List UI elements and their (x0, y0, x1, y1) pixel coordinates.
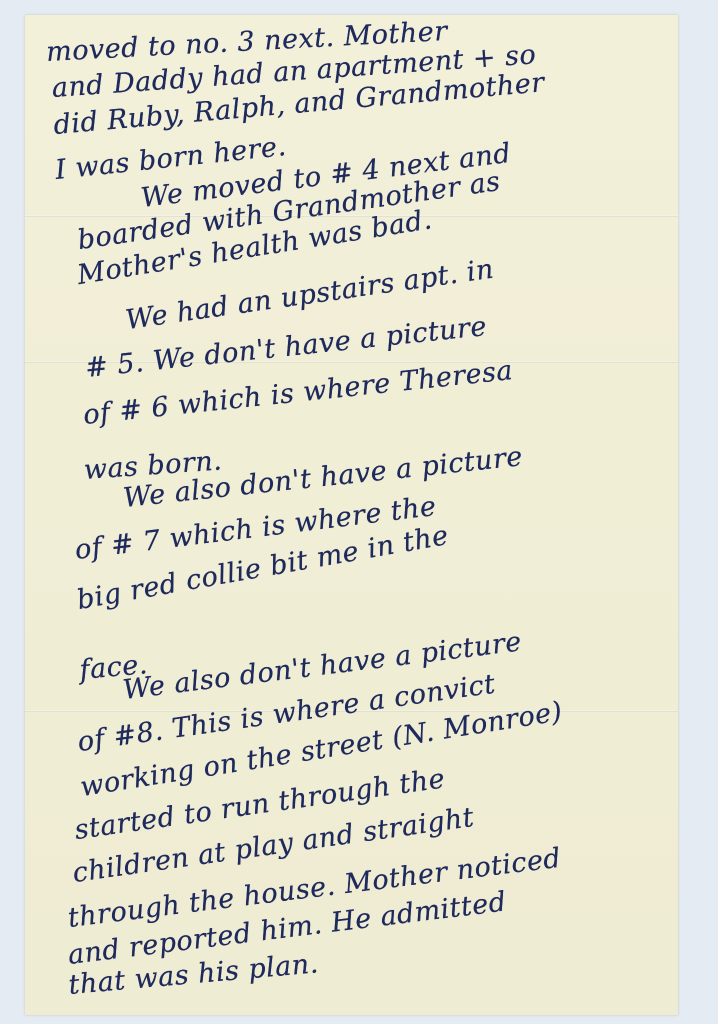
letter-page: moved to no. 3 next. Mother and Daddy ha… (25, 15, 678, 1015)
